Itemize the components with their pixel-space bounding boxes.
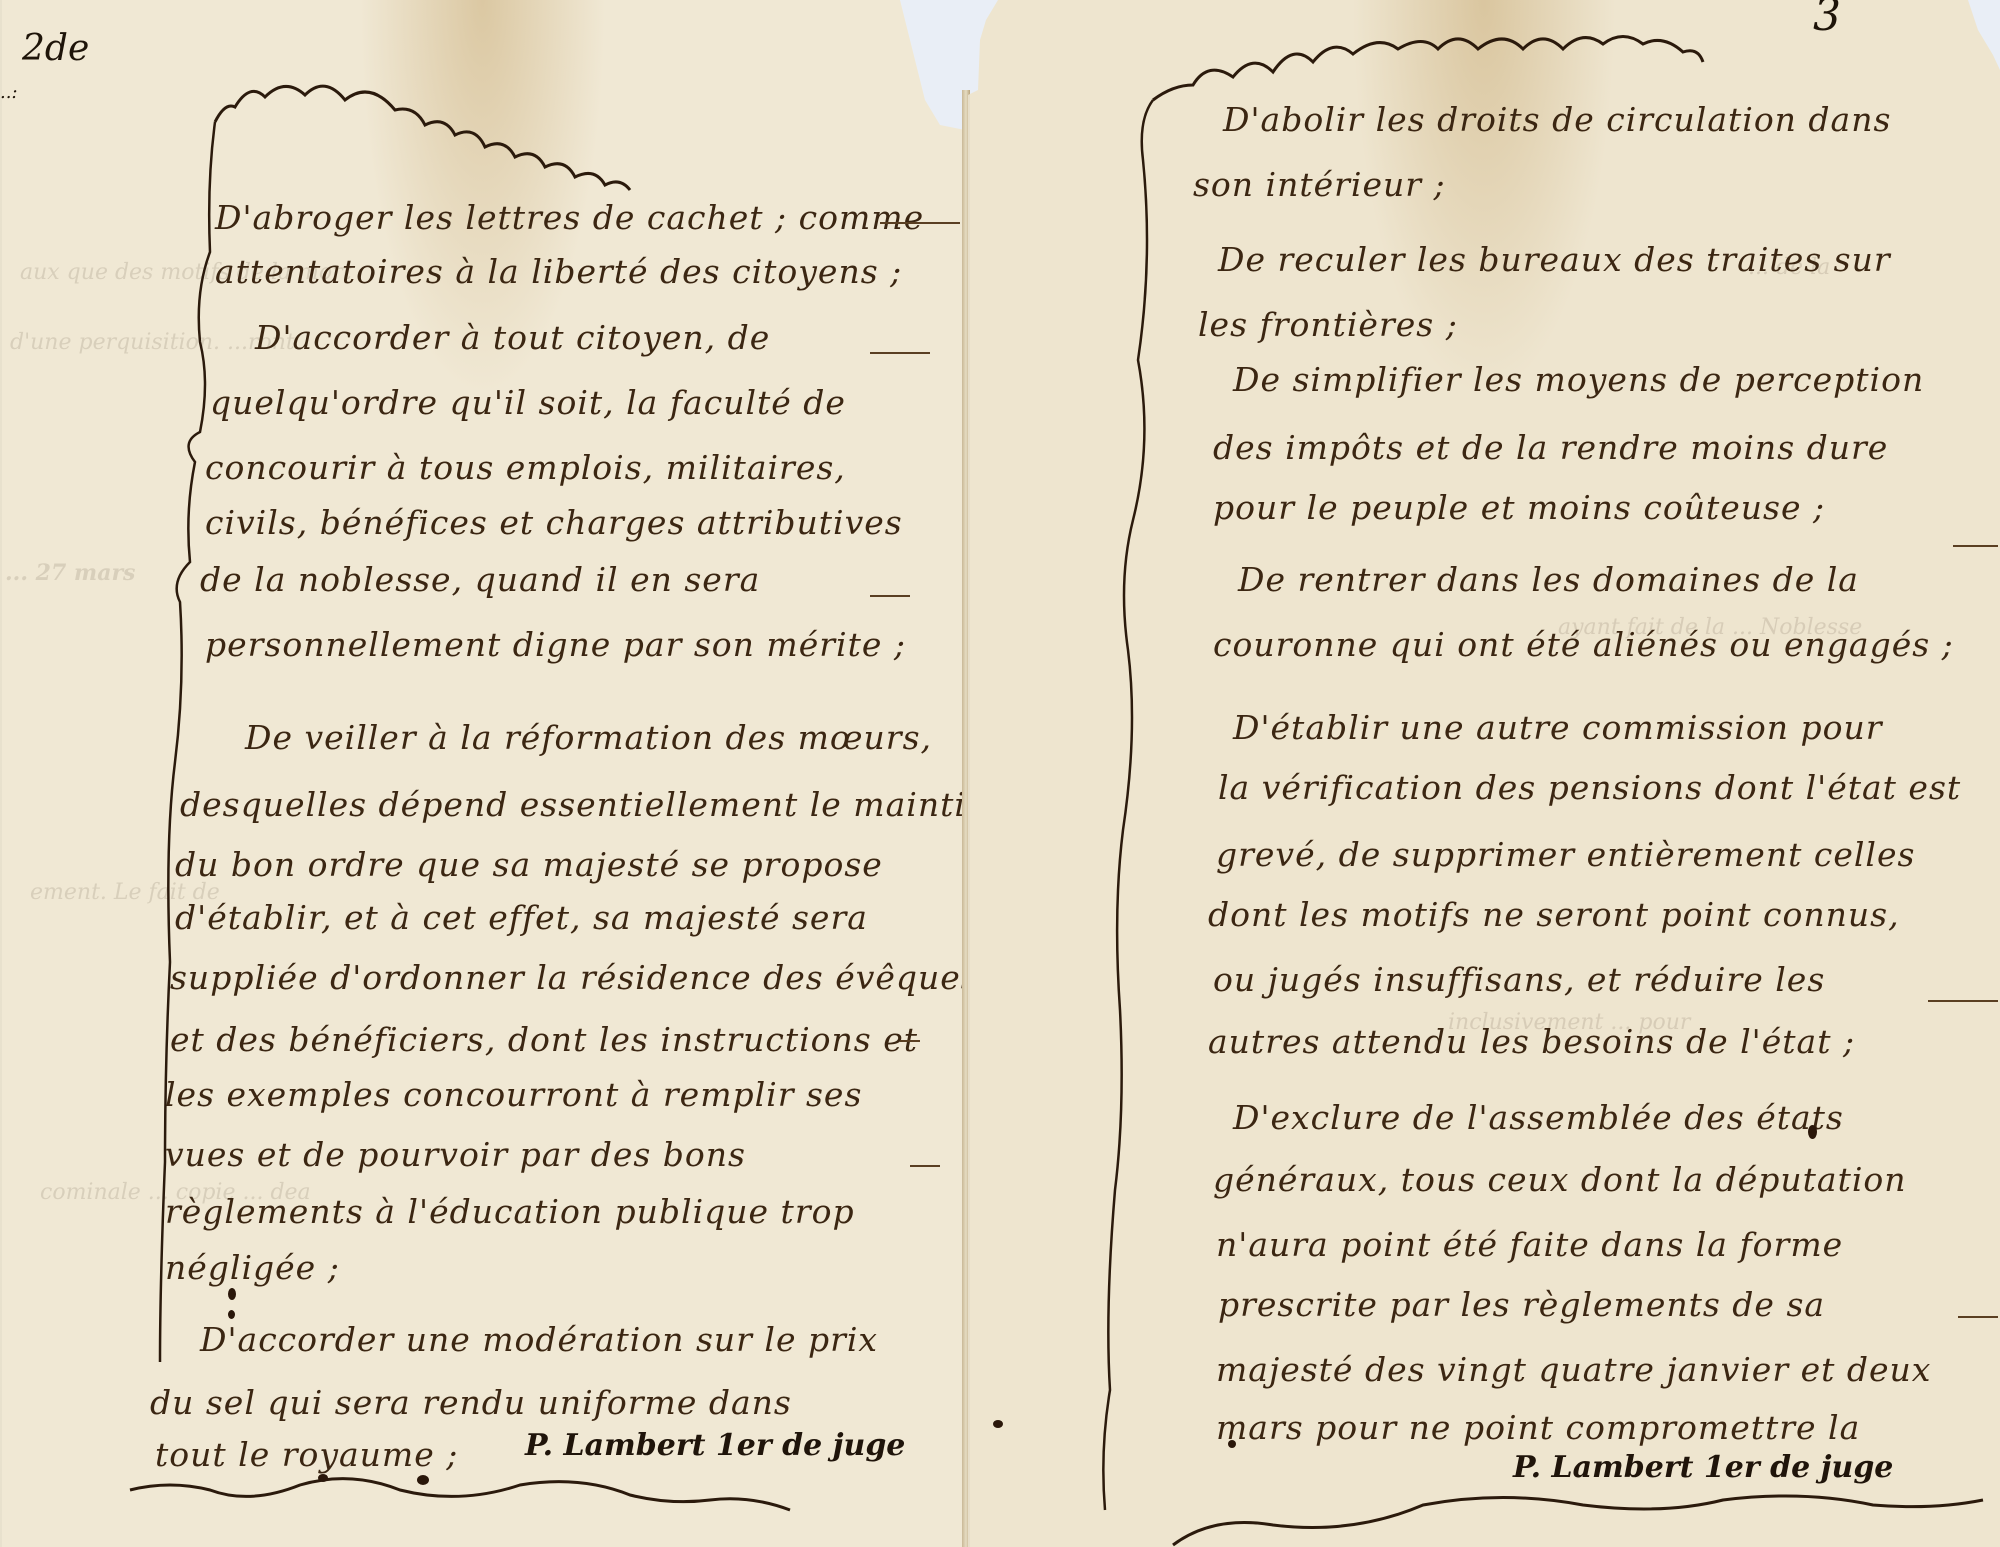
right-page-body: D'abolir les droits de circulation dans …: [968, 0, 2000, 1547]
line-filler: [1958, 1316, 1998, 1318]
text-line: autres attendu les besoins de l'état ;: [1208, 1022, 1855, 1061]
text-line: règlements à l'éducation publique trop: [165, 1192, 855, 1231]
ink-blot: [1808, 1125, 1817, 1139]
text-line: tout le royaume ;: [155, 1435, 458, 1474]
text-line: civils, bénéfices et charges attributive…: [205, 503, 903, 542]
text-line: suppliée d'ordonner la résidence des évê…: [170, 958, 965, 997]
ink-blot: [228, 1310, 235, 1319]
text-line: d'établir, et à cet effet, sa majesté se…: [175, 898, 868, 937]
text-line: et des bénéficiers, dont les instruction…: [170, 1020, 918, 1059]
text-line: personnellement digne par son mérite ;: [205, 625, 906, 664]
text-line: De simplifier les moyens de perception: [1233, 360, 1924, 399]
text-line: négligée ;: [165, 1248, 340, 1287]
text-line: De rentrer dans les domaines de la: [1238, 560, 1859, 599]
line-filler: [870, 352, 930, 354]
text-line: D'accorder une modération sur le prix: [200, 1320, 878, 1359]
text-line: majesté des vingt quatre janvier et deux: [1216, 1350, 1931, 1389]
right-page: ... de la ayant fait de la ... Noblesse …: [968, 0, 2000, 1547]
line-filler: [1953, 545, 1998, 547]
ink-blot: [228, 1288, 236, 1300]
text-line: les frontières ;: [1198, 305, 1458, 344]
line-filler: [870, 595, 910, 597]
text-line: couronne qui ont été aliénés ou engagés …: [1213, 625, 1954, 664]
text-line: D'exclure de l'assemblée des états: [1233, 1098, 1844, 1137]
text-line: D'établir une autre commission pour: [1233, 708, 1883, 747]
text-line: quelqu'ordre qu'il soit, la faculté de: [210, 383, 846, 422]
text-line: vues et de pourvoir par des bons: [165, 1135, 746, 1174]
ink-blot: [417, 1475, 429, 1485]
line-filler: [910, 1165, 940, 1167]
text-line: mars pour ne point compromettre la: [1216, 1408, 1860, 1447]
text-line: D'abolir les droits de circulation dans: [1223, 100, 1891, 139]
text-line: desquelles dépend essentiellement le mai…: [180, 785, 965, 824]
ink-blot: [993, 1420, 1003, 1428]
signature: P. Lambert 1er de juge: [525, 1428, 905, 1463]
left-page-body: D'abroger les lettres de cachet ; comme …: [0, 0, 965, 1547]
text-line: De reculer les bureaux des traites sur: [1218, 240, 1891, 279]
text-line: son intérieur ;: [1193, 165, 1446, 204]
text-line: les exemples concourront à remplir ses: [165, 1075, 862, 1114]
text-line: n'aura point été faite dans la forme: [1216, 1225, 1843, 1264]
text-line: des impôts et de la rendre moins dure: [1213, 428, 1888, 467]
text-line: De veiller à la réformation des mœurs,: [245, 718, 932, 757]
ink-blot: [318, 1474, 328, 1482]
line-filler: [880, 222, 960, 224]
text-line: la vérification des pensions dont l'état…: [1218, 768, 1961, 807]
left-page: aux que des motifs de la mort d'une perq…: [0, 0, 965, 1547]
text-line: du bon ordre que sa majesté se propose: [175, 845, 883, 884]
text-line: D'accorder à tout citoyen, de: [255, 318, 770, 357]
text-line: concourir à tous emplois, militaires,: [205, 448, 846, 487]
text-line: généraux, tous ceux dont la députation: [1213, 1160, 1907, 1199]
line-filler: [1928, 1000, 1998, 1002]
line-filler: [900, 1040, 920, 1042]
ink-blot: [1228, 1440, 1236, 1448]
text-line: attentatoires à la liberté des citoyens …: [215, 252, 902, 291]
signature: P. Lambert 1er de juge: [1513, 1450, 1893, 1485]
text-line: prescrite par les règlements de sa: [1218, 1285, 1825, 1324]
text-line: ou jugés insuffisans, et réduire les: [1213, 960, 1825, 999]
text-line: de la noblesse, quand il en sera: [200, 560, 760, 599]
text-line: du sel qui sera rendu uniforme dans: [150, 1383, 792, 1422]
text-line: grevé, de supprimer entièrement celles: [1216, 835, 1915, 874]
text-line: pour le peuple et moins coûteuse ;: [1213, 488, 1825, 527]
text-line: D'abroger les lettres de cachet ; comme: [215, 198, 924, 237]
text-line: dont les motifs ne seront point connus,: [1208, 895, 1900, 934]
